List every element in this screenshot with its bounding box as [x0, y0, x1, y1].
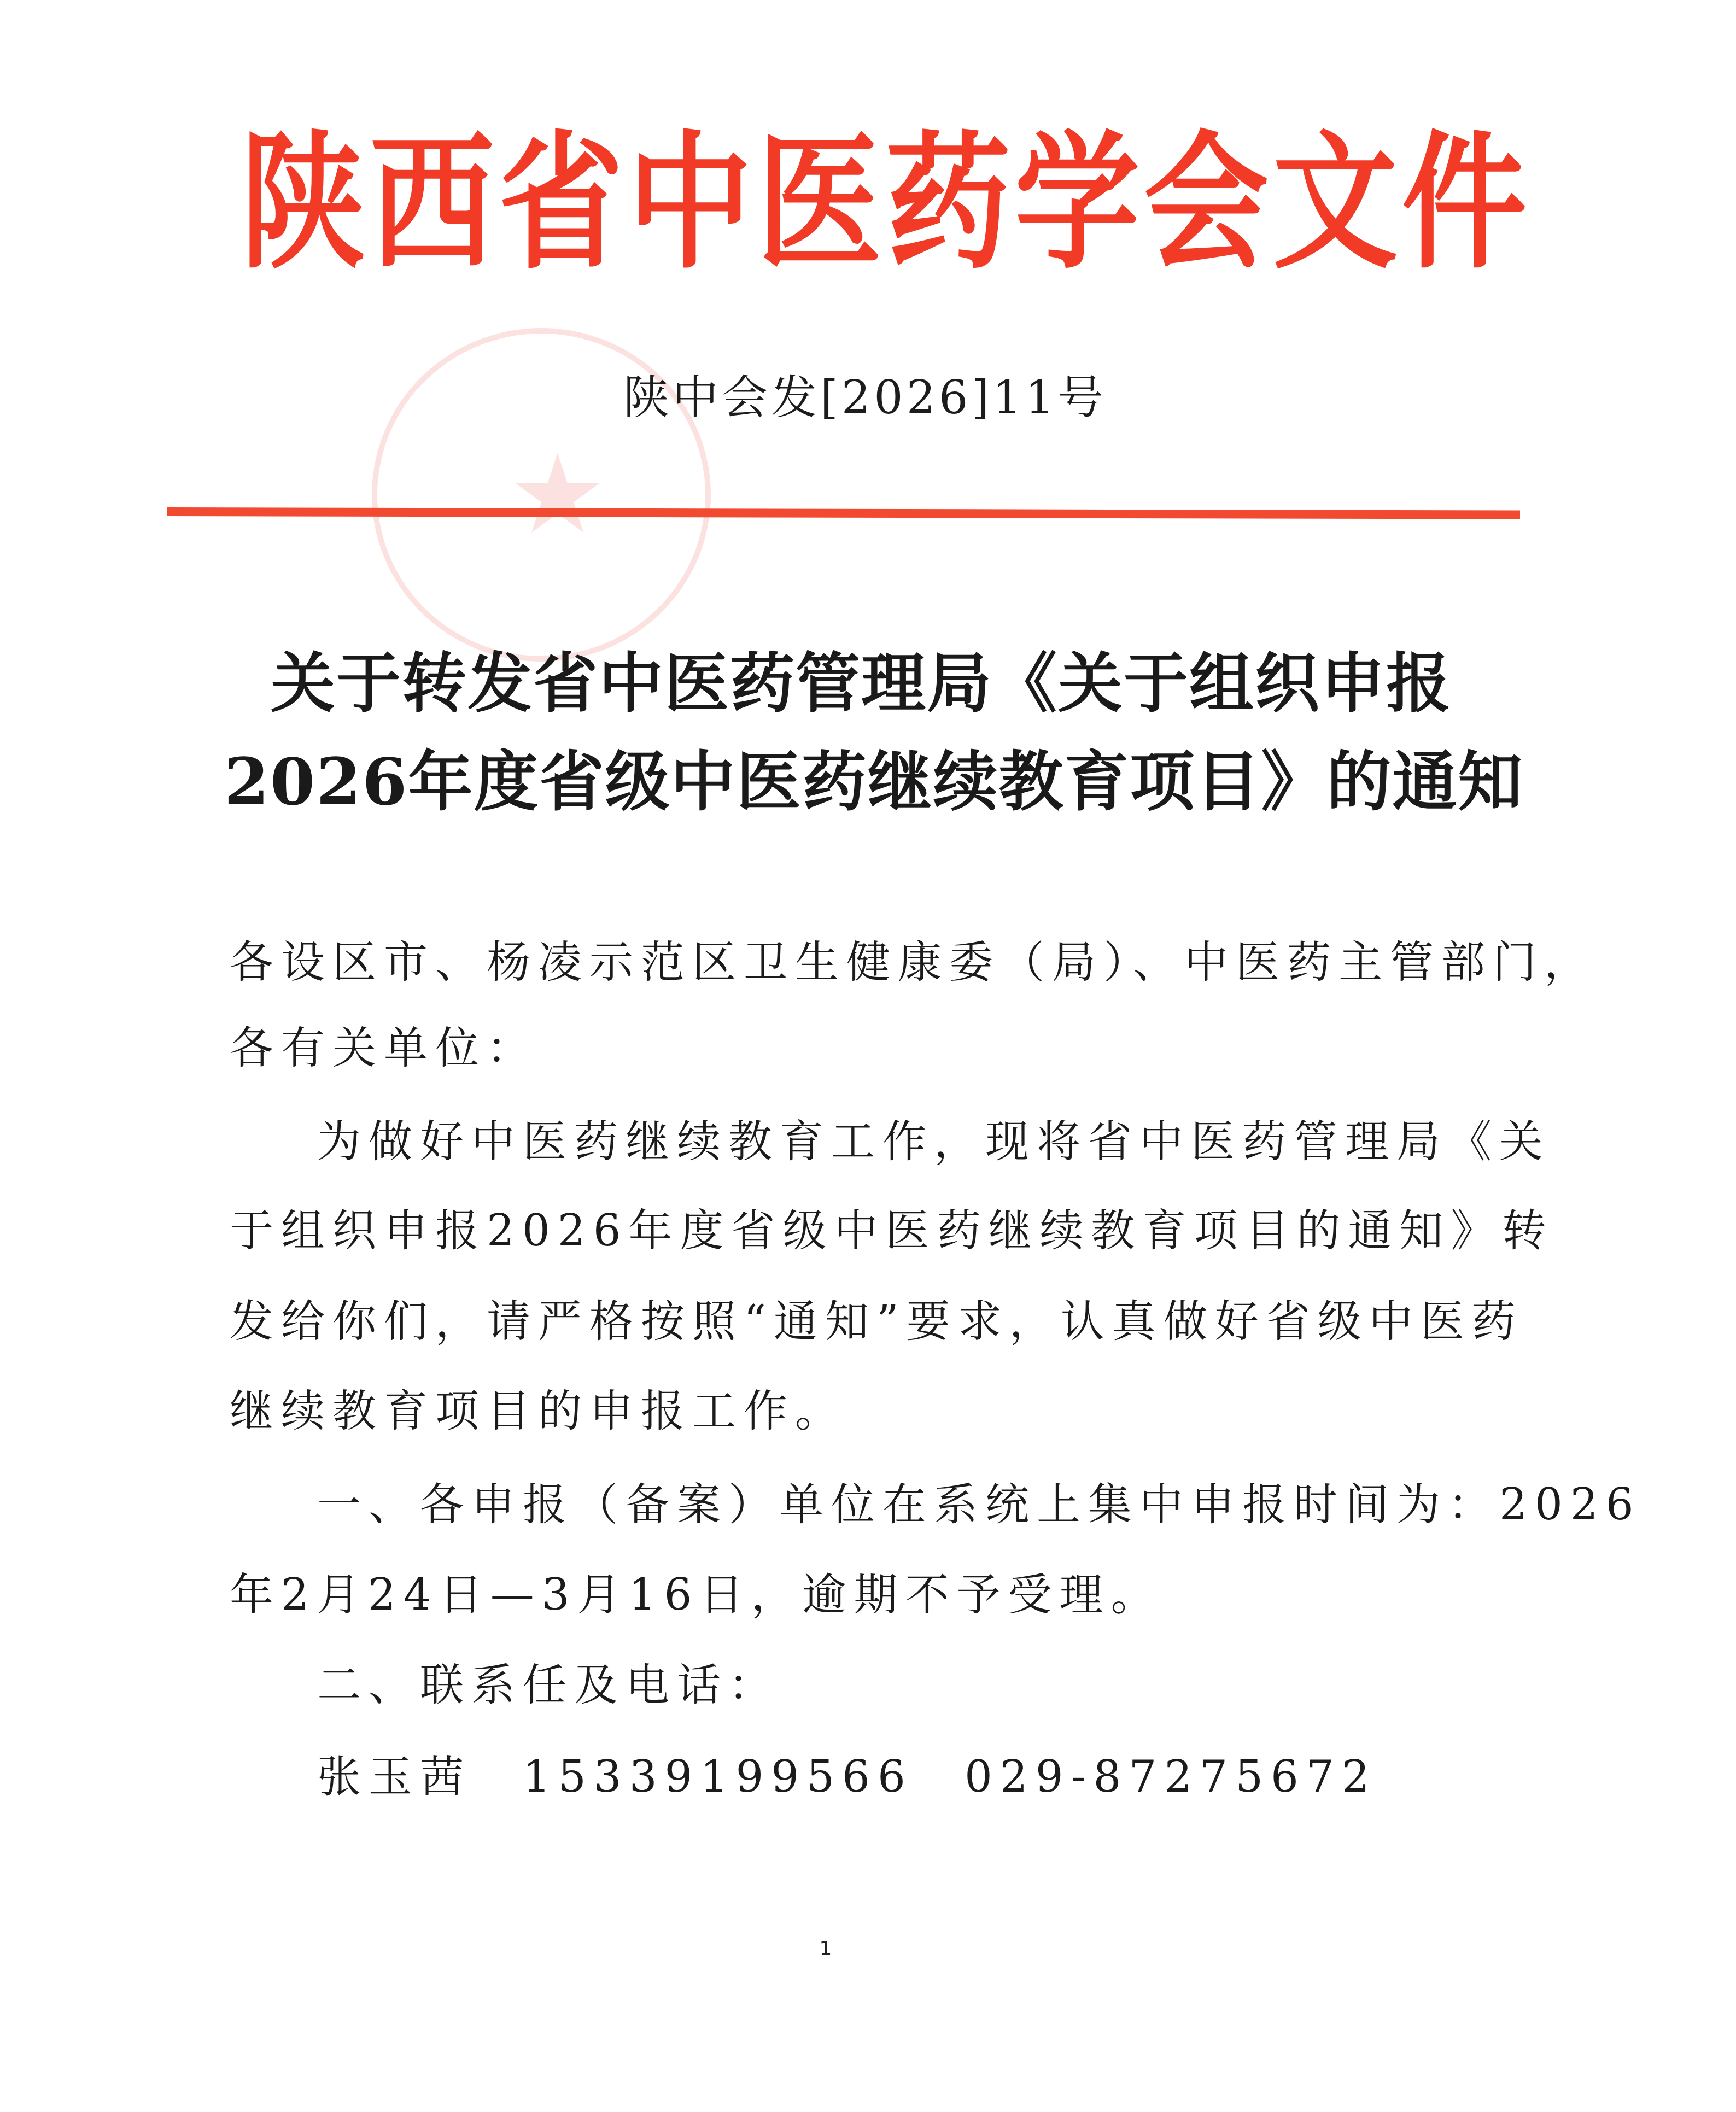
contact-line: 张玉茜 15339199566 029-87275672 — [317, 1747, 1542, 1807]
paragraph-1-line-3: 发给你们，请严格按照“通知”要求，认真做好省级中医药 — [230, 1291, 1454, 1352]
salutation-line-1: 各设区市、杨凌示范区卫生健康委（局）、中医药主管部门， — [230, 932, 1454, 992]
item-1-line-1: 一、各申报（备案）单位在系统上集中申报时间为：2026 — [317, 1475, 1542, 1535]
document-page: ★ 陕西省中医药学会文件 陕中会发[2026]11号 关于转发省中医药管理局《关… — [0, 0, 1736, 2112]
salutation-line-2: 各有关单位： — [230, 1018, 1454, 1078]
page-number: 1 — [815, 1935, 837, 1963]
document-title-line-1: 关于转发省中医药管理局《关于组织申报 — [224, 642, 1498, 724]
seal-star-icon: ★ — [508, 448, 601, 541]
paragraph-1-line-1: 为做好中医药继续教育工作，现将省中医药管理局《关 — [317, 1111, 1542, 1172]
document-title-line-2: 2026年度省级中医药继续教育项目》的通知 — [224, 741, 1498, 823]
paragraph-1-line-4: 继续教育项目的申报工作。 — [230, 1381, 1454, 1441]
masthead-title: 陕西省中医药学会文件 — [241, 122, 1433, 283]
document-number: 陕中会发[2026]11号 — [623, 367, 1061, 428]
paragraph-1-line-2: 于组织申报2026年度省级中医药继续教育项目的通知》转 — [230, 1201, 1454, 1261]
item-2-heading: 二、联系任及电话： — [317, 1655, 1542, 1715]
item-1-line-2: 年2月24日—3月16日，逾期不予受理。 — [230, 1565, 1454, 1625]
red-divider-rule — [167, 507, 1520, 519]
